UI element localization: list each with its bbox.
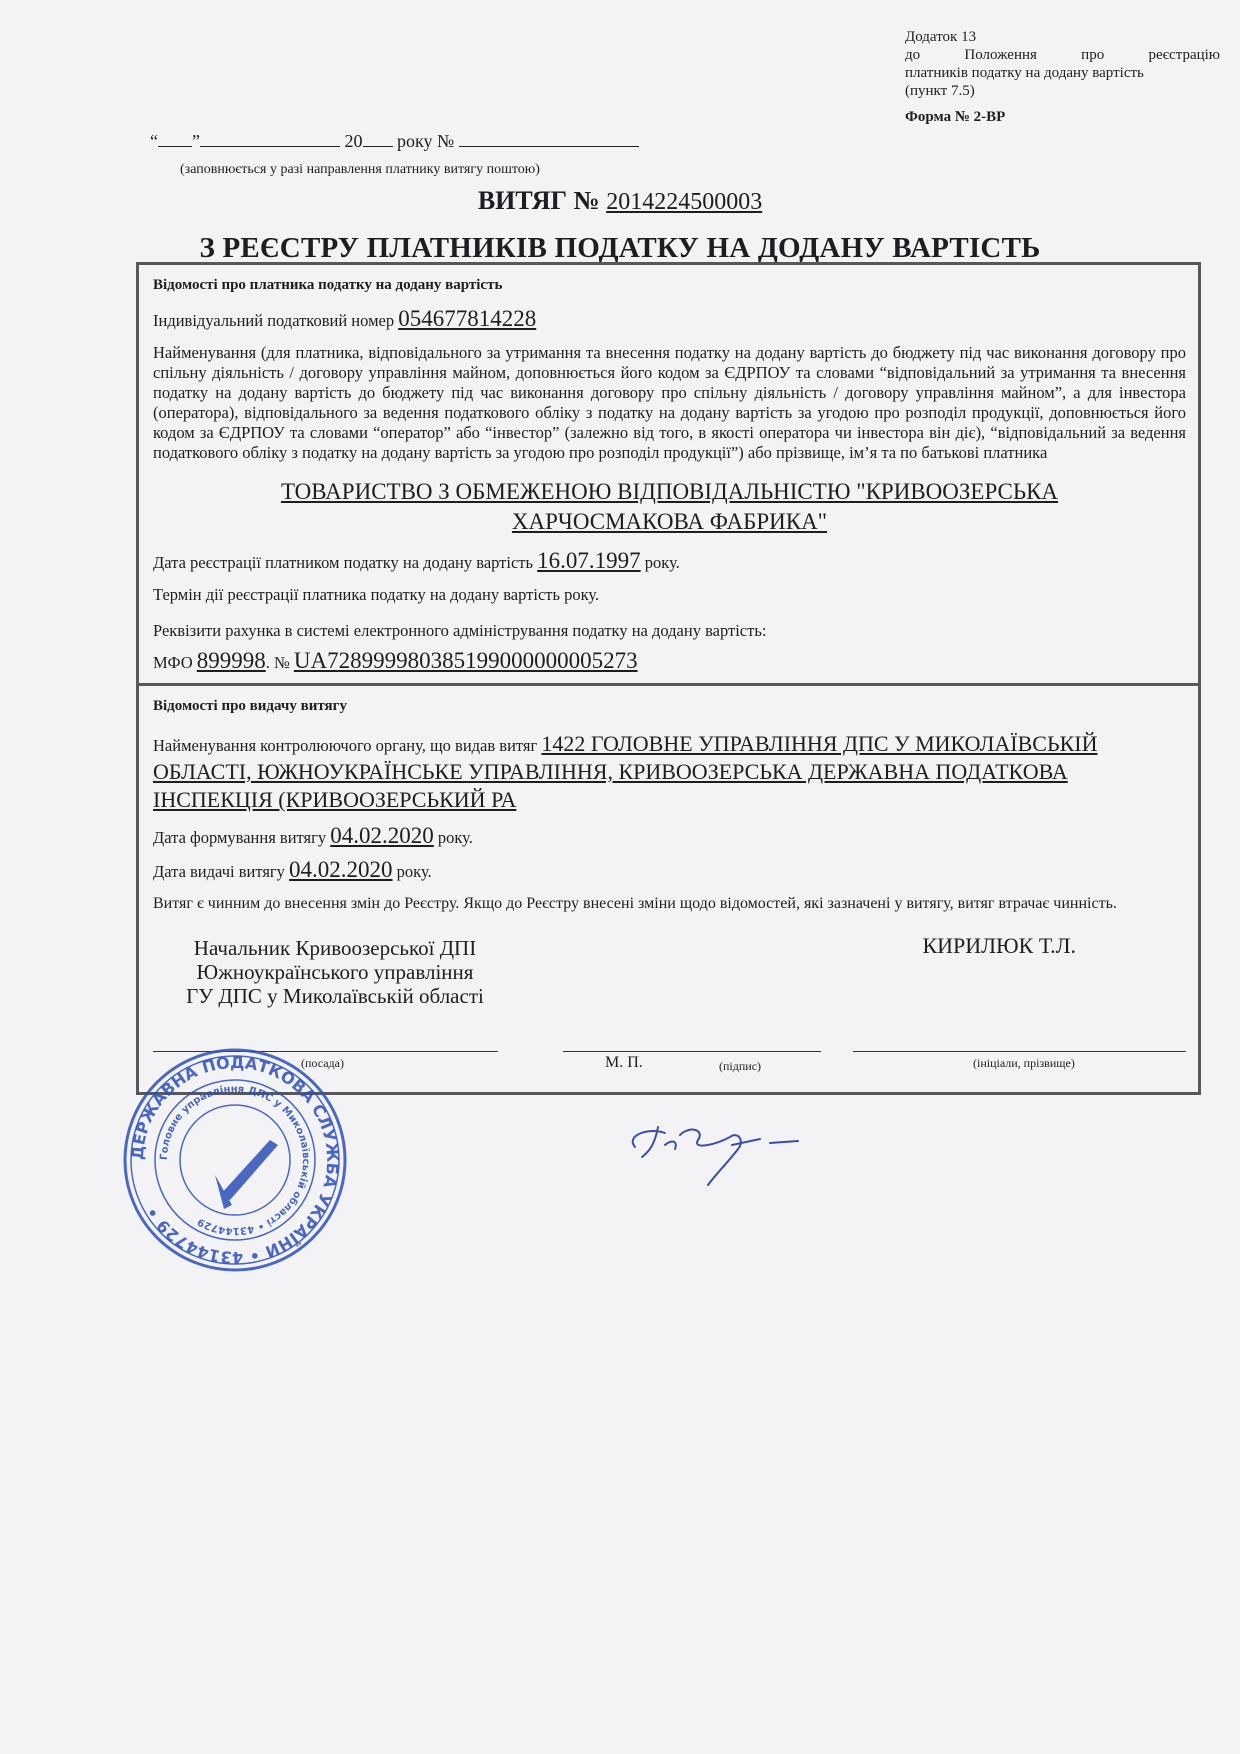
name-description: Найменування (для платника, відповідальн… bbox=[153, 343, 1186, 463]
extract-title: ВИТЯГ № 2014224500003 bbox=[0, 186, 1240, 216]
day-blank bbox=[158, 130, 192, 147]
year-word: року. bbox=[438, 828, 473, 847]
official-stamp-icon: ДЕРЖАВНА ПОДАТКОВА СЛУЖБА УКРАЇНИ • 4314… bbox=[120, 1045, 350, 1275]
year-blank bbox=[363, 130, 393, 147]
itn-value: 054677814228 bbox=[398, 306, 536, 331]
mfo-label: МФО bbox=[153, 653, 193, 672]
appendix-point: (пункт 7.5) bbox=[905, 82, 1220, 100]
issued-date-value: 04.02.2020 bbox=[289, 857, 393, 882]
appendix-line: платників податку на додану вартість bbox=[905, 64, 1220, 82]
issued-date-label: Дата видачі витягу bbox=[153, 862, 285, 881]
name-line bbox=[853, 1051, 1186, 1052]
appendix-number: Додаток 13 bbox=[905, 28, 1220, 46]
mfo-value: 899998 bbox=[197, 648, 266, 673]
register-title: З РЕЄСТРУ ПЛАТНИКІВ ПОДАТКУ НА ДОДАНУ ВА… bbox=[0, 232, 1240, 265]
signature-caption: (підпис) bbox=[719, 1056, 761, 1076]
payer-section-heading: Відомості про платника податку на додану… bbox=[153, 275, 1186, 295]
account-row: МФО 899998. № UA728999980385199000000005… bbox=[153, 651, 1186, 673]
reg-date-value: 16.07.1997 bbox=[537, 548, 641, 573]
term-row: Термін дії реєстрації платника податку н… bbox=[153, 585, 1186, 605]
stamp-place: М. П. bbox=[605, 1053, 643, 1073]
formed-date-label: Дата формування витягу bbox=[153, 828, 326, 847]
handwritten-signature bbox=[620, 1105, 860, 1190]
formed-date-row: Дата формування витягу 04.02.2020 року. bbox=[153, 826, 1186, 848]
issued-date-row: Дата видачі витягу 04.02.2020 року. bbox=[153, 860, 1186, 882]
mailing-note: (заповнюється у разі направлення платник… bbox=[180, 162, 540, 178]
reg-date-label: Дата реєстрації платником податку на дод… bbox=[153, 553, 533, 572]
quote-open: “ bbox=[150, 131, 158, 151]
account-separator: . № bbox=[266, 653, 290, 672]
signer-position: Начальник Кривоозерської ДПІ Южноукраїнс… bbox=[185, 936, 485, 1008]
appendix-reference: Додаток 13 до Положення про реєстрацію п… bbox=[905, 28, 1220, 126]
reg-date-row: Дата реєстрації платником податку на дод… bbox=[153, 551, 1186, 573]
payer-section: Відомості про платника податку на додану… bbox=[139, 265, 1198, 683]
formed-date-value: 04.02.2020 bbox=[330, 823, 434, 848]
signer-name: КИРИЛЮК Т.Л. bbox=[922, 936, 1076, 956]
svg-text:Головне управління ДПС у Микол: Головне управління ДПС у Миколаївській о… bbox=[159, 1084, 312, 1236]
year-prefix: 20 bbox=[345, 131, 363, 151]
year-word: року. bbox=[645, 553, 680, 572]
authority-row: Найменування контролюючого органу, що ви… bbox=[153, 730, 1186, 814]
quote-close: ” bbox=[192, 131, 200, 151]
year-word: року. bbox=[397, 862, 432, 881]
form-number: Форма № 2-ВР bbox=[905, 108, 1220, 126]
extract-number: 2014224500003 bbox=[606, 189, 762, 215]
account-value: UA728999980385199000000005273 bbox=[294, 648, 638, 673]
authority-label: Найменування контролюючого органу, що ви… bbox=[153, 736, 537, 755]
itn-label: Індивідуальний податковий номер bbox=[153, 311, 394, 330]
title-prefix: ВИТЯГ № bbox=[478, 186, 600, 215]
name-caption: (ініціали, прізвище) bbox=[973, 1053, 1075, 1073]
company-name: ТОВАРИСТВО З ОБМЕЖЕНОЮ ВІДПОВІДАЛЬНІСТЮ … bbox=[153, 477, 1186, 537]
number-blank bbox=[459, 130, 639, 147]
signature-line bbox=[563, 1051, 821, 1052]
extract-table: Відомості про платника податку на додану… bbox=[136, 262, 1201, 1095]
itn-row: Індивідуальний податковий номер 05467781… bbox=[153, 309, 1186, 331]
account-label: Реквізити рахунка в системі електронного… bbox=[153, 621, 1186, 641]
issue-section-heading: Відомості про видачу витягу bbox=[153, 696, 1186, 716]
year-suffix: року № bbox=[397, 131, 454, 151]
appendix-line: до Положення про реєстрацію bbox=[905, 46, 1220, 64]
month-blank bbox=[200, 130, 340, 147]
issue-section: Відомості про видачу витягу Найменування… bbox=[139, 683, 1198, 1092]
validity-note: Витяг є чинним до внесення змін до Реєст… bbox=[153, 894, 1186, 914]
mailing-date-number-line: “” 20 року № bbox=[150, 130, 639, 152]
